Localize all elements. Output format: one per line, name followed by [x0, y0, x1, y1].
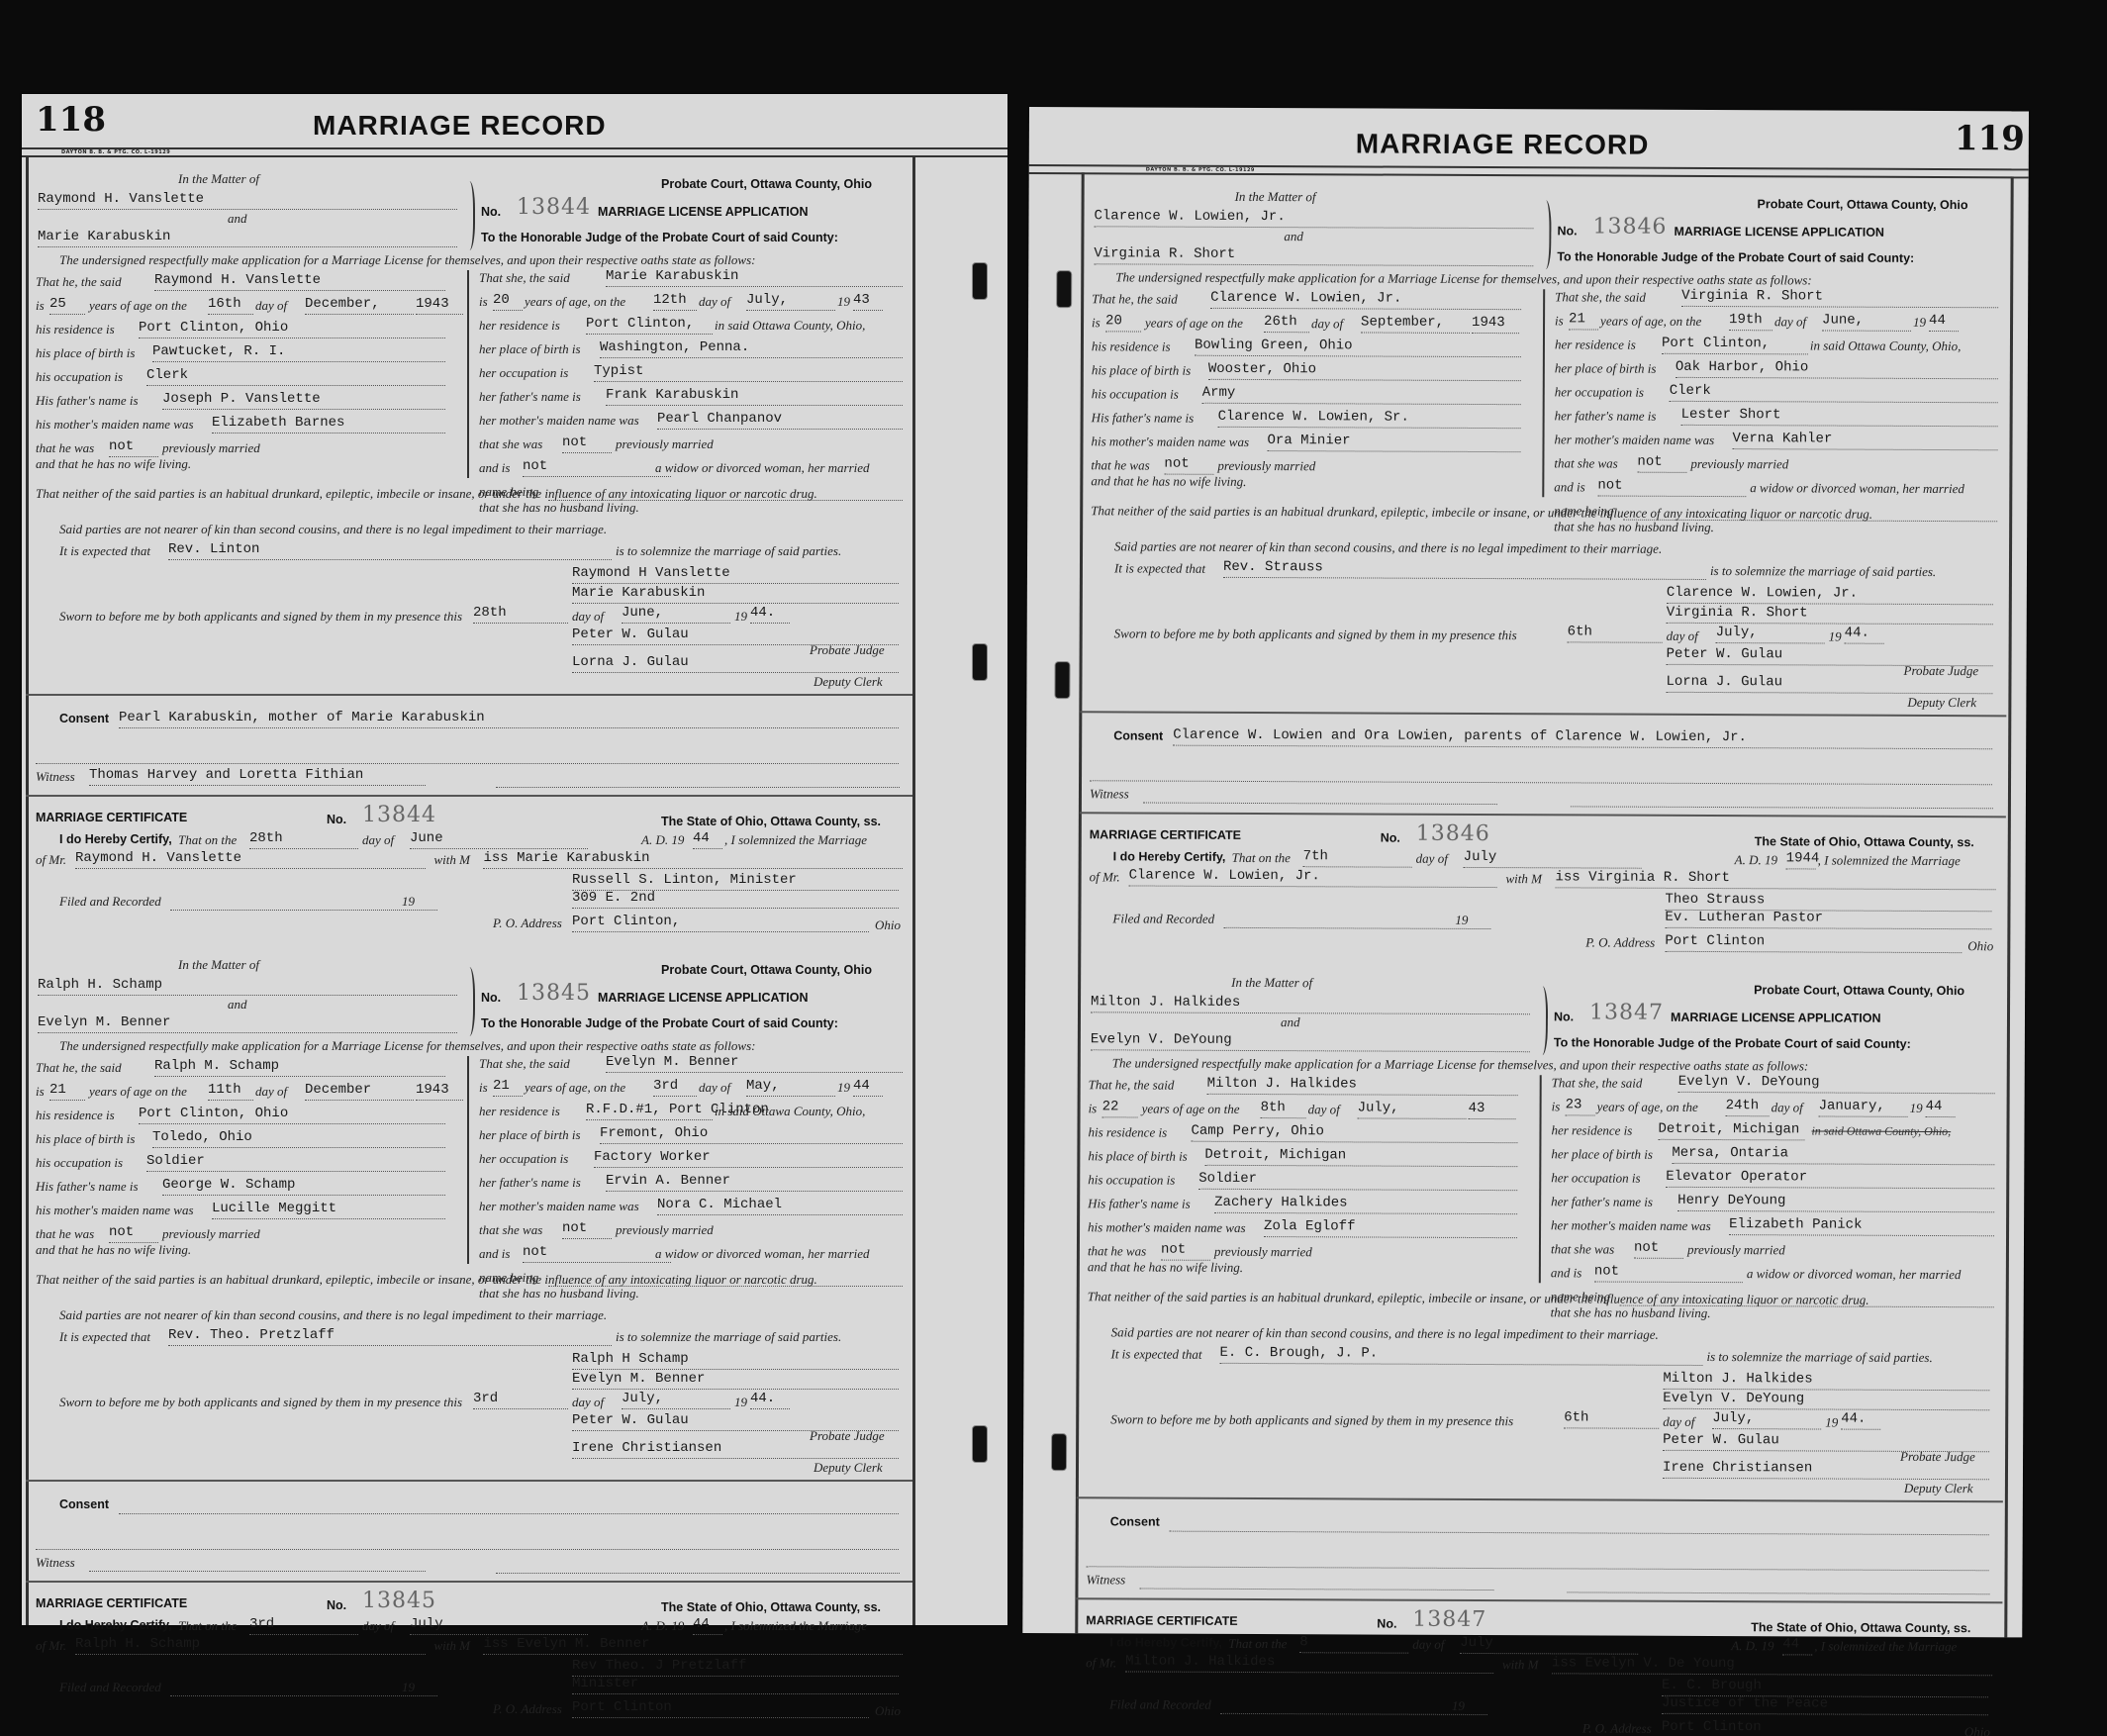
groom-name-label: That he, the said: [1089, 1077, 1175, 1093]
matter-bride-name: Virginia R. Short: [1094, 245, 1533, 266]
nineteen-label: 19: [734, 1395, 747, 1410]
cert-month: June: [410, 830, 588, 849]
groom-mother-maiden-value: Zola Egloff: [1264, 1218, 1517, 1238]
declaration-kin: Said parties are not nearer of kin than …: [1114, 538, 1662, 556]
cert-groom: Ralph H. Schamp: [75, 1636, 426, 1655]
certify-label: I do Hereby Certify,: [59, 1618, 172, 1632]
groom-age: 20: [1105, 313, 1141, 332]
groom-age-month: September,: [1361, 314, 1470, 333]
groom-birthplace-label: his place of birth is: [1088, 1148, 1187, 1164]
nineteen-label: 19: [1829, 629, 1842, 645]
bride-age: 21: [1569, 311, 1598, 330]
groom-name-value: Raymond H. Vanslette: [154, 272, 445, 291]
section-divider: [1080, 812, 2006, 818]
day-of-label: day of: [699, 1080, 730, 1096]
and-is-label: and is: [479, 1246, 510, 1262]
expected-label: It is expected that: [59, 1329, 150, 1345]
page-header: 118 MARRIAGE RECORD: [22, 94, 1007, 155]
bride-father-value: Frank Karabuskin: [606, 387, 903, 406]
groom-residence-value: Bowling Green, Ohio: [1195, 338, 1521, 357]
cert-groom: Raymond H. Vanslette: [75, 850, 426, 869]
day-of-label: day of: [1667, 628, 1698, 644]
groom-previously-married: not: [109, 438, 158, 457]
header-rule: [1029, 172, 2029, 178]
day-of-label: day of: [572, 1395, 604, 1410]
state-county: The State of Ohio, Ottawa County, ss.: [661, 1600, 881, 1614]
day-of-label: day of: [1774, 314, 1806, 330]
matter-groom-name: Raymond H. Vanslette: [38, 191, 457, 210]
section-divider: [1076, 1597, 2002, 1603]
cert-year: 44: [693, 830, 722, 849]
groom-father-value: Zachery Halkides: [1214, 1195, 1517, 1214]
that-on-label: That on the: [1232, 850, 1291, 866]
groom-age: 22: [1102, 1099, 1138, 1117]
and-label: and: [228, 997, 247, 1013]
officiant-expected: Rev. Linton: [168, 541, 612, 560]
po-address-value: Port Clinton: [572, 1699, 869, 1718]
section-divider: [26, 694, 912, 696]
section-divider: [1077, 1496, 2003, 1502]
sworn-month: July,: [1712, 1410, 1821, 1429]
groom-birthplace-value: Wooster, Ohio: [1208, 361, 1521, 381]
sworn-label: Sworn to before me by both applicants an…: [1114, 626, 1517, 643]
filed-recorded-value: [170, 1678, 437, 1696]
day-of-label: day of: [1772, 1100, 1803, 1115]
groom-age-year: 1943: [416, 296, 463, 315]
crossed-out-county: in said Ottawa County, Ohio,: [1811, 1123, 1951, 1139]
nineteen-label: 19: [1825, 1415, 1838, 1431]
bracket-divider: [1534, 986, 1548, 1055]
sworn-day: 6th: [1568, 624, 1663, 642]
groom-mother-maiden-label: his mother's maiden name was: [1088, 1219, 1246, 1236]
day-of-label: day of: [255, 1084, 287, 1100]
nineteen-label: 19: [402, 1680, 415, 1695]
cert-day: 28th: [249, 830, 358, 849]
is-label: is: [1555, 313, 1564, 329]
bride-name-label: That she, the said: [479, 270, 570, 286]
certificate-no-label: No.: [327, 813, 346, 826]
sworn-year: 44.: [1841, 1411, 1880, 1430]
application-number: 13847: [1589, 1000, 1664, 1024]
application-number: 13844: [517, 195, 591, 220]
that-on-label: That on the: [178, 1618, 237, 1634]
nineteen-label: 19: [1455, 913, 1468, 928]
certificate-title: MARRIAGE CERTIFICATE: [1090, 827, 1241, 842]
bride-father-label: her father's name is: [1551, 1194, 1653, 1209]
consent-value: [1170, 1513, 1989, 1536]
certificate-number: 13844: [362, 803, 436, 827]
nineteen-label: 19: [837, 294, 850, 310]
day-of-label: day of: [362, 1618, 394, 1634]
groom-name-label: That he, the said: [1092, 291, 1178, 307]
groom-father-value: Clarence W. Lowien, Sr.: [1218, 409, 1521, 429]
bride-previously-married: not: [1634, 1240, 1683, 1259]
groom-birthplace-label: his place of birth is: [36, 1131, 135, 1147]
form-title: MARRIAGE LICENSE APPLICATION: [598, 991, 809, 1005]
frame-right-border: [912, 155, 915, 1625]
groom-age-day: 16th: [208, 296, 253, 315]
expected-label: It is expected that: [1110, 1346, 1201, 1362]
application-intro: The undersigned respectfully make applic…: [1115, 269, 1812, 288]
po-address-value: Port Clinton,: [572, 914, 869, 932]
witness-second: [496, 1555, 900, 1574]
ledger-page-119: MARRIAGE RECORD 119 DAYTON B. B. & PTG. …: [1022, 107, 2029, 1637]
bride-mother-maiden-value: Pearl Chanpanov: [657, 411, 903, 430]
day-of-label: day of: [1663, 1414, 1694, 1430]
filed-recorded-label: Filed and Recorded: [1112, 911, 1214, 926]
bride-father-label: her father's name is: [479, 1175, 581, 1191]
bride-mother-maiden-label: her mother's maiden name was: [1551, 1217, 1711, 1234]
in-the-matter-of: In the Matter of: [1235, 189, 1316, 205]
sworn-month: July,: [1716, 625, 1825, 643]
filed-recorded-value: [1223, 910, 1490, 929]
application-intro: The undersigned respectfully make applic…: [59, 252, 755, 268]
bride-occupation-value: Factory Worker: [594, 1149, 903, 1168]
that-on-label: That on the: [1228, 1636, 1287, 1652]
bride-name-label: That she, the said: [1555, 289, 1646, 305]
solemnized-label: , I solemnized the Marriage: [1818, 852, 1961, 869]
years-label: years of age, on the: [525, 1080, 625, 1096]
bride-occupation-label: her occupation is: [1551, 1170, 1640, 1186]
sworn-label: Sworn to before me by both applicants an…: [59, 1395, 462, 1410]
bride-birthplace-value: Oak Harbor, Ohio: [1676, 359, 1998, 379]
years-label: years of age on the: [1145, 316, 1243, 332]
bride-birthplace-label: her place of birth is: [479, 1127, 581, 1143]
bride-birthplace-label: her place of birth is: [479, 341, 581, 357]
cert-bride: iss Marie Karabuskin: [483, 850, 903, 869]
bride-residence-label: her residence is: [1555, 337, 1636, 352]
bride-birthplace-label: her place of birth is: [1551, 1146, 1653, 1162]
groom-occupation-label: his occupation is: [36, 369, 123, 385]
years-label: years of age, on the: [1600, 314, 1701, 330]
bride-age-year: 44: [1926, 1099, 1956, 1117]
bride-father-label: her father's name is: [1555, 408, 1657, 424]
solemnize-label: is to solemnize the marriage of said par…: [616, 1329, 841, 1345]
groom-age-month: July,: [1358, 1100, 1467, 1118]
bracket-divider: [1537, 200, 1551, 269]
he-was-label: that he was: [36, 1226, 94, 1242]
groom-name-value: Milton J. Halkides: [1207, 1076, 1518, 1096]
bride-widow-divorced: not: [1594, 1264, 1743, 1284]
witness-label: Witness: [1090, 786, 1129, 802]
prev-married-label: previously married: [1687, 1242, 1785, 1258]
groom-father-value: Joseph P. Vanslette: [162, 391, 445, 410]
certificate-number: 13846: [1416, 821, 1490, 846]
day-of-label: day of: [1412, 1637, 1444, 1653]
cert-officiant: Rev Theo. J Pretzlaff: [572, 1658, 899, 1677]
consent-label: Consent: [59, 712, 109, 725]
bride-occupation-label: her occupation is: [479, 1151, 568, 1167]
bride-father-value: Ervin A. Benner: [606, 1173, 903, 1192]
groom-mother-maiden-label: his mother's maiden name was: [36, 417, 194, 433]
day-of-label: day of: [1311, 316, 1343, 332]
ad-label: A. D. 19: [1731, 1638, 1773, 1654]
prev-married-label: previously married: [616, 436, 714, 452]
cert-officiant-title: Minister: [572, 1676, 899, 1694]
page-number: 118: [36, 100, 106, 140]
certificate-no-label: No.: [1377, 1617, 1396, 1631]
matter-groom-name: Ralph H. Schamp: [38, 977, 457, 996]
filed-recorded-label: Filed and Recorded: [59, 1680, 161, 1695]
sworn-label: Sworn to before me by both applicants an…: [59, 609, 462, 625]
witness-second: [1571, 788, 1993, 809]
to-honorable-judge: To the Honorable Judge of the Probate Co…: [481, 231, 838, 244]
bride-residence-label: her residence is: [479, 318, 560, 334]
groom-age-year: 1943: [416, 1082, 463, 1101]
groom-age-day: 11th: [208, 1082, 253, 1101]
bride-age: 21: [493, 1078, 523, 1097]
cert-officiant-title: Justice of the Peace: [1662, 1695, 1988, 1715]
ad-label: A. D. 19: [641, 1618, 684, 1634]
frame-left-border: [1075, 172, 1084, 1633]
cert-year: 1944: [1786, 850, 1816, 869]
sworn-label: Sworn to before me by both applicants an…: [1110, 1411, 1513, 1429]
groom-previously-married: not: [1161, 1242, 1210, 1261]
declaration-neither: That neither of the said parties is an h…: [1091, 503, 1989, 523]
with-miss-label: with M: [1502, 1657, 1539, 1673]
years-label: years of age, on the: [525, 294, 625, 310]
no-label: No.: [481, 205, 501, 219]
consent-value: Clarence W. Lowien and Ora Lowien, paren…: [1173, 727, 1992, 750]
groom-signature: Clarence W. Lowien, Jr.: [1667, 585, 1993, 605]
consent-continuation: [36, 745, 899, 764]
bride-birthplace-value: Mersa, Ontaria: [1672, 1145, 1994, 1165]
is-label: is: [1552, 1099, 1561, 1114]
in-the-matter-of: In the Matter of: [1231, 975, 1312, 991]
groom-signature: Raymond H Vanslette: [572, 565, 899, 584]
she-was-label: that she was: [1554, 455, 1617, 471]
witness-label: Witness: [36, 769, 75, 785]
widow-label: a widow or divorced woman, her married: [655, 1246, 870, 1262]
that-on-label: That on the: [178, 832, 237, 848]
bride-occupation-value: Clerk: [1670, 383, 1998, 403]
application-intro: The undersigned respectfully make applic…: [59, 1038, 755, 1054]
bride-occupation-label: her occupation is: [479, 365, 568, 381]
to-honorable-judge: To the Honorable Judge of the Probate Co…: [481, 1016, 838, 1030]
witness-value: Thomas Harvey and Loretta Fithian: [89, 767, 426, 786]
ohio-label: Ohio: [875, 917, 901, 933]
groom-mother-maiden-value: Ora Minier: [1267, 433, 1520, 452]
certificate-title: MARRIAGE CERTIFICATE: [36, 811, 187, 824]
bride-occupation-value: Typist: [594, 363, 903, 382]
po-address-label: P. O. Address: [493, 1701, 562, 1717]
state-county: The State of Ohio, Ottawa County, ss.: [1755, 834, 1974, 849]
application-number: 13845: [517, 981, 591, 1006]
groom-age-day: 26th: [1264, 314, 1309, 333]
groom-mother-maiden-label: his mother's maiden name was: [1091, 434, 1249, 450]
bride-widow-divorced: not: [523, 458, 671, 477]
no-husband-label: that she has no husband living.: [479, 500, 639, 516]
groom-residence-label: his residence is: [36, 322, 115, 338]
groom-occupation-label: his occupation is: [1092, 386, 1179, 402]
bracket-divider: [461, 181, 475, 250]
cert-bride: iss Evelyn V. De Young: [1552, 1655, 1992, 1676]
bracket-divider: [461, 967, 475, 1036]
page-title: MARRIAGE RECORD: [1356, 128, 1650, 160]
declaration-neither: That neither of the said parties is an h…: [1088, 1289, 1986, 1308]
frame-left-border: [26, 155, 29, 1625]
bride-mother-maiden-value: Nora C. Michael: [657, 1197, 903, 1215]
groom-birthplace-label: his place of birth is: [36, 345, 135, 361]
he-was-label: that he was: [36, 440, 94, 456]
frame-right-border: [2004, 176, 2013, 1637]
and-label: and: [228, 211, 247, 227]
bride-birthplace-value: Washington, Penna.: [600, 339, 903, 358]
certificate-number: 13845: [362, 1589, 436, 1613]
witness-value: [89, 1553, 426, 1572]
bride-mother-maiden-label: her mother's maiden name was: [479, 1199, 639, 1214]
solemnized-label: , I solemnized the Marriage: [724, 832, 867, 848]
and-is-label: and is: [479, 460, 510, 476]
sworn-day: 28th: [473, 605, 568, 624]
groom-birthplace-value: Toledo, Ohio: [152, 1129, 445, 1148]
bride-signature: Virginia R. Short: [1667, 605, 1993, 625]
widow-label: a widow or divorced woman, her married: [1747, 1266, 1962, 1283]
cert-day: 8: [1299, 1634, 1408, 1653]
bride-age-month: June,: [1822, 312, 1911, 331]
in-county-label: in said Ottawa County, Ohio,: [715, 1104, 865, 1119]
cert-year: 44: [693, 1616, 722, 1635]
declaration-kin: Said parties are not nearer of kin than …: [1111, 1324, 1659, 1342]
ohio-label: Ohio: [875, 1703, 901, 1719]
bride-signature: Evelyn V. DeYoung: [1663, 1391, 1989, 1410]
certify-label: I do Hereby Certify,: [1113, 849, 1226, 863]
of-mr-label: of Mr.: [36, 1638, 66, 1654]
groom-occupation-value: Soldier: [1198, 1171, 1517, 1191]
sworn-day: 3rd: [473, 1391, 568, 1409]
application-number: 13846: [1592, 214, 1667, 239]
is-label: is: [36, 298, 45, 314]
prev-married-label: previously married: [162, 1226, 260, 1242]
sworn-month: June,: [622, 605, 730, 624]
in-county-label: in said Ottawa County, Ohio,: [715, 318, 865, 334]
column-divider: [1542, 289, 1545, 497]
no-label: No.: [1557, 224, 1577, 238]
bride-age-day: 24th: [1726, 1098, 1770, 1116]
groom-father-value: George W. Schamp: [162, 1177, 445, 1196]
consent-label: Consent: [1110, 1514, 1160, 1528]
bride-residence-label: her residence is: [1551, 1122, 1632, 1138]
bride-father-value: Lester Short: [1681, 407, 1998, 427]
groom-previously-married: not: [109, 1224, 158, 1243]
and-label: and: [1281, 1014, 1300, 1030]
witness-label: Witness: [36, 1555, 75, 1571]
is-label: is: [1092, 315, 1101, 331]
in-the-matter-of: In the Matter of: [178, 171, 259, 187]
bride-occupation-label: her occupation is: [1555, 384, 1644, 400]
no-label: No.: [1554, 1010, 1574, 1023]
bride-residence-value: R.F.D.#1, Port Clinton: [586, 1102, 713, 1120]
is-label: is: [479, 294, 488, 310]
printer-mark: DAYTON B. B. & PTG. CO. L-19129: [61, 149, 170, 155]
sworn-year: 44.: [1845, 626, 1884, 644]
bride-residence-value: Port Clinton,: [1662, 336, 1808, 355]
groom-mother-maiden-label: his mother's maiden name was: [36, 1203, 194, 1218]
witness-second: [1567, 1574, 1989, 1594]
years-label: years of age on the: [89, 1084, 187, 1100]
groom-residence-label: his residence is: [1088, 1124, 1167, 1140]
binding-hole: [972, 643, 988, 681]
of-mr-label: of Mr.: [36, 852, 66, 868]
ohio-label: Ohio: [1964, 1724, 1990, 1736]
declaration-neither: That neither of the said parties is an h…: [36, 486, 895, 502]
bride-age-day: 3rd: [653, 1078, 697, 1097]
groom-occupation-label: his occupation is: [36, 1155, 123, 1171]
cert-officiant: Russell S. Linton, Minister: [572, 872, 899, 891]
groom-age-month: December: [305, 1082, 414, 1101]
bride-birthplace-label: her place of birth is: [1555, 360, 1657, 376]
deputy-clerk-label: Deputy Clerk: [814, 674, 883, 690]
in-county-label: in said Ottawa County, Ohio,: [1810, 338, 1961, 354]
solemnize-label: is to solemnize the marriage of said par…: [1710, 563, 1936, 580]
groom-residence-value: Port Clinton, Ohio: [139, 1106, 445, 1124]
groom-mother-maiden-value: Elizabeth Barnes: [212, 415, 445, 434]
bride-name-value: Evelyn M. Benner: [606, 1054, 903, 1073]
bride-age: 20: [493, 292, 523, 311]
binding-hole: [972, 262, 988, 300]
day-of-label: day of: [1308, 1102, 1340, 1117]
groom-age-year: 43: [1469, 1101, 1516, 1119]
deputy-clerk-signature: Lorna J. Gulau: [572, 654, 899, 673]
matter-bride-name: Evelyn V. DeYoung: [1091, 1031, 1530, 1052]
binding-hole: [972, 1425, 988, 1463]
declaration-neither: That neither of the said parties is an h…: [36, 1272, 895, 1288]
nineteen-label: 19: [1910, 1101, 1923, 1116]
of-mr-label: of Mr.: [1086, 1655, 1116, 1671]
cert-officiant-title: 309 E. 2nd: [572, 890, 899, 909]
groom-occupation-value: Army: [1202, 385, 1521, 405]
nineteen-label: 19: [1913, 315, 1926, 331]
day-of-label: day of: [362, 832, 394, 848]
bride-age-day: 19th: [1729, 312, 1772, 331]
solemnize-label: is to solemnize the marriage of said par…: [1706, 1349, 1932, 1366]
solemnized-label: , I solemnized the Marriage: [724, 1618, 867, 1634]
nineteen-label: 19: [837, 1080, 850, 1096]
certificate-no-label: No.: [1381, 831, 1400, 845]
filed-recorded-value: [170, 892, 437, 911]
years-label: years of age on the: [89, 298, 187, 314]
application-intro: The undersigned respectfully make applic…: [1112, 1055, 1809, 1074]
witness-value: [1143, 785, 1497, 806]
prev-married-label: previously married: [162, 440, 260, 456]
day-of-label: day of: [699, 294, 730, 310]
column-divider: [467, 270, 469, 478]
bride-mother-maiden-value: Verna Kahler: [1732, 431, 1997, 450]
with-miss-label: with M: [433, 1638, 469, 1654]
bride-age-month: July,: [746, 292, 835, 311]
matter-bride-name: Marie Karabuskin: [38, 229, 457, 247]
bride-age-year: 44: [853, 1078, 883, 1097]
solemnized-label: , I solemnized the Marriage: [1814, 1638, 1957, 1655]
court-name: Probate Court, Ottawa County, Ohio: [1758, 197, 1968, 212]
groom-age: 21: [49, 1082, 85, 1101]
declaration-kin: Said parties are not nearer of kin than …: [59, 522, 607, 537]
bride-birthplace-value: Fremont, Ohio: [600, 1125, 903, 1144]
no-wife-label: and that he has no wife living.: [1091, 473, 1246, 490]
cert-day: 3rd: [249, 1616, 358, 1635]
po-address-value: Port Clinton: [1665, 933, 1962, 953]
is-label: is: [36, 1084, 45, 1100]
witness-value: [1139, 1571, 1493, 1591]
deputy-clerk-signature: Irene Christiansen: [1663, 1460, 1989, 1480]
she-was-label: that she was: [1551, 1241, 1614, 1257]
bride-name-value: Virginia R. Short: [1681, 288, 1998, 308]
column-divider: [467, 1056, 469, 1264]
filed-recorded-value: [1220, 1695, 1487, 1715]
cert-day: 7th: [1303, 848, 1412, 867]
groom-father-label: His father's name is: [36, 393, 139, 409]
nineteen-label: 19: [1452, 1698, 1465, 1714]
